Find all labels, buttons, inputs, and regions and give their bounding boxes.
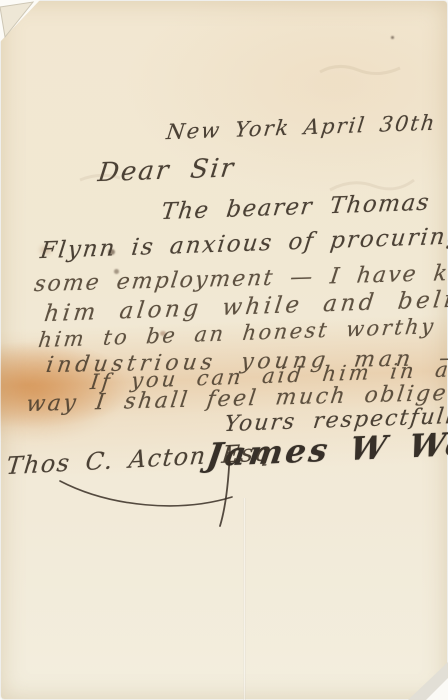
fold-crease — [243, 498, 246, 700]
letter-salutation: Dear Sir — [96, 153, 237, 188]
paper-fleck — [391, 36, 394, 39]
letter-photo: New York April 30th '62 Dear Sir The bea… — [0, 0, 448, 700]
